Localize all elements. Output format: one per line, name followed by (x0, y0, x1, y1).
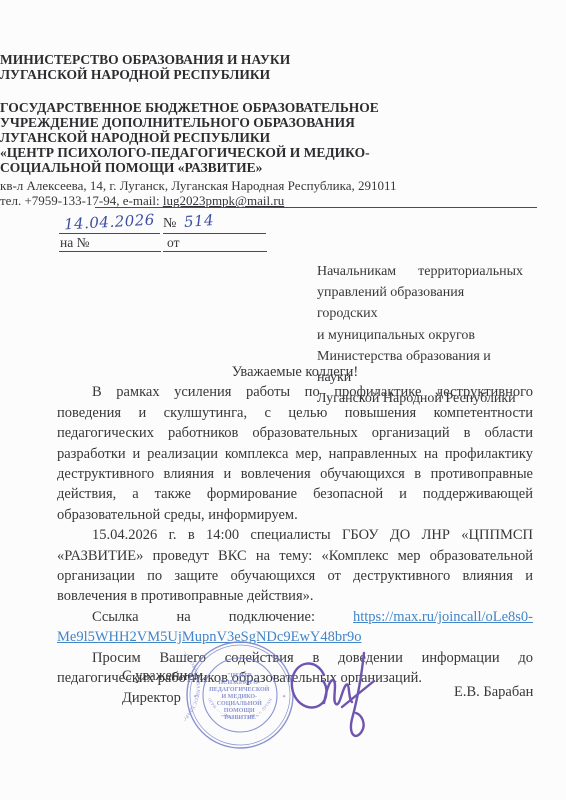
signer-name: Е.В. Барабан (454, 684, 533, 701)
ministry-name: МИНИСТЕРСТВО ОБРАЗОВАНИЯ И НАУКИ ЛУГАНСК… (0, 52, 566, 82)
org-line-4: «ЦЕНТР ПСИХОЛОГО-ПЕДАГОГИЧЕСКОЙ И МЕДИКО… (0, 145, 566, 160)
paragraph-2: 15.04.2026 г. в 14:00 специалисты ГБОУ Д… (57, 525, 533, 607)
phone-label: тел. +7959-133-17-94, e-mail: (0, 193, 163, 208)
reply-to-number-label: на № (60, 235, 89, 251)
recipient-line: управлений образования городских (317, 282, 523, 324)
handwritten-date: 14.04.2026 (64, 211, 156, 234)
paragraph-1: В рамках усиления работы по профилактике… (57, 382, 533, 525)
email-link[interactable]: lug2023pmpk@mail.ru (163, 193, 284, 208)
org-address: кв-л Алексеева, 14, г. Луганск, Луганска… (0, 178, 566, 193)
ministry-line-1: МИНИСТЕРСТВО ОБРАЗОВАНИЯ И НАУКИ (0, 52, 566, 67)
letterhead-divider (95, 207, 537, 208)
org-contacts: тел. +7959-133-17-94, e-mail: lug2023pmp… (0, 193, 566, 208)
recipient-line: и муниципальных округов (317, 325, 523, 346)
director-signature-icon (282, 647, 382, 752)
signer-title: Директор (122, 690, 181, 707)
stamp-ring-text: ГОСУДАРСТВЕННОЕ БЮДЖЕТНОЕ ОБРАЗОВАТЕЛЬНО… (184, 639, 200, 733)
number-sign-label: № (163, 216, 176, 232)
handwritten-number: 514 (183, 211, 214, 231)
date-underline (59, 233, 160, 234)
stamp-center-text: "ЦЕНТР ПСИХОЛОГО- ПЕДАГОГИЧЕСКОЙ И МЕДИК… (209, 673, 271, 721)
official-stamp-icon: ГОСУДАРСТВЕННОЕ БЮДЖЕТНОЕ ОБРАЗОВАТЕЛЬНО… (184, 639, 296, 751)
reply-number-underline (59, 251, 161, 252)
org-line-1: ГОСУДАРСТВЕННОЕ БЮДЖЕТНОЕ ОБРАЗОВАТЕЛЬНО… (0, 100, 566, 115)
link-label: Ссылка на подключение: (92, 609, 315, 625)
number-underline (163, 233, 266, 234)
letter-page: МИНИСТЕРСТВО ОБРАЗОВАНИЯ И НАУКИ ЛУГАНСК… (0, 0, 566, 800)
reply-date-underline (163, 251, 267, 252)
svg-text:ГОСУДАРСТВЕННОЕ БЮДЖЕТНОЕ ОБРА: ГОСУДАРСТВЕННОЕ БЮДЖЕТНОЕ ОБРАЗОВАТЕЛЬНО… (184, 639, 200, 733)
org-line-2: УЧРЕЖДЕНИЕ ДОПОЛНИТЕЛЬНОГО ОБРАЗОВАНИЯ (0, 115, 566, 130)
org-line-5: СОЦИАЛЬНОЙ ПОМОЩИ «РАЗВИТИЕ» (0, 160, 566, 175)
stamp-star-icon: ✶ (193, 694, 197, 700)
org-line-3: ЛУГАНСКОЙ НАРОДНОЙ РЕСПУБЛИКИ (0, 130, 566, 145)
organization-name: ГОСУДАРСТВЕННОЕ БЮДЖЕТНОЕ ОБРАЗОВАТЕЛЬНО… (0, 100, 566, 175)
greeting: Уважаемые коллеги! (57, 362, 533, 382)
ministry-line-2: ЛУГАНСКОЙ НАРОДНОЙ РЕСПУБЛИКИ (0, 67, 566, 82)
recipient-line: Начальникам территориальных (317, 261, 523, 282)
reply-to-date-label: от (167, 235, 179, 251)
